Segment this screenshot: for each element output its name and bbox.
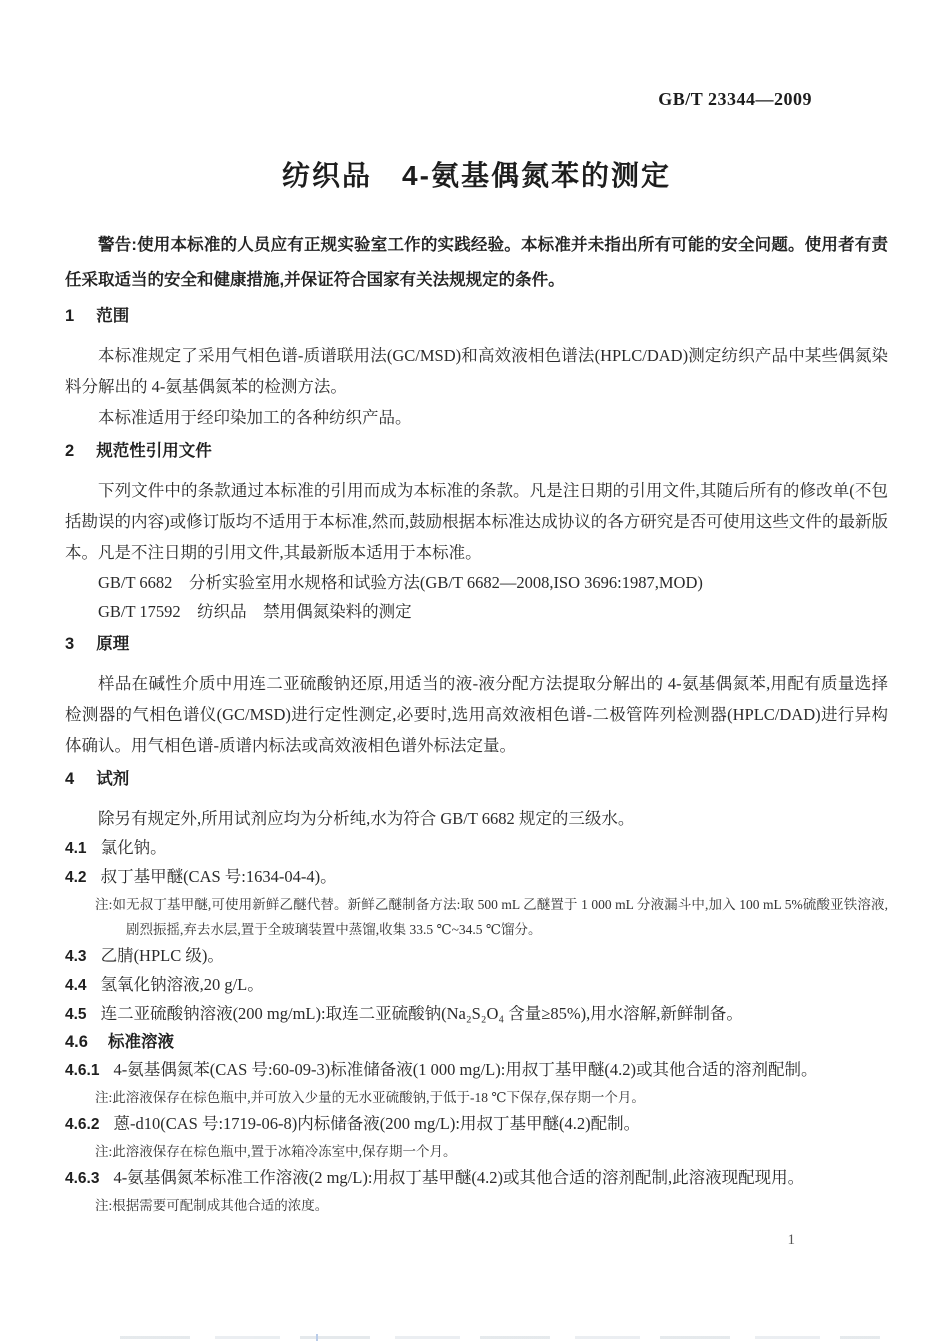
clause-item: 4.3乙腈(HPLC 级)。 (65, 942, 888, 971)
body-paragraph: 本标准适用于经印染加工的各种纺织产品。 (65, 402, 888, 433)
section-title-text: 标准溶液 (108, 1033, 174, 1051)
clause-item: 4.4氢氧化钠溶液,20 g/L。 (65, 971, 888, 1000)
page-content: GB/T 23344—2009 纺织品 4-氨基偶氮苯的测定 警告:使用本标准的… (0, 0, 950, 1250)
section-number: 2 (65, 442, 74, 460)
clause-number: 4.1 (65, 840, 87, 857)
section-number: 3 (65, 635, 74, 653)
body-paragraph: 除另有规定外,所用试剂应均为分析纯,水为符合 GB/T 6682 规定的三级水。 (65, 803, 888, 834)
normative-reference-item: GB/T 6682 分析实验室用水规格和试验方法(GB/T 6682—2008,… (65, 568, 888, 597)
section-heading: 3原理 (65, 632, 888, 656)
clause-number: 4.6.2 (65, 1116, 99, 1133)
note-line: 注:根据需要可配制成其他合适的浓度。 (126, 1193, 888, 1218)
section-title-text: 原理 (96, 635, 129, 653)
clause-text: 氯化钠。 (101, 838, 167, 857)
page-number: 1 (65, 1230, 888, 1250)
scanned-standard-page: GB/T 23344—2009 纺织品 4-氨基偶氮苯的测定 警告:使用本标准的… (0, 0, 950, 1343)
warning-paragraph: 警告:使用本标准的人员应有正规实验室工作的实践经验。本标准并未指出所有可能的安全… (65, 228, 888, 298)
scan-artifact-line (120, 1336, 880, 1339)
clause-item: 4.6.14-氨基偶氮苯(CAS 号:60-09-3)标准储备液(1 000 m… (65, 1056, 888, 1085)
doc-body: 警告:使用本标准的人员应有正规实验室工作的实践经验。本标准并未指出所有可能的安全… (65, 228, 888, 1218)
body-paragraph: 样品在碱性介质中用连二亚硫酸钠还原,用适当的液-液分配方法提取分解出的 4-氨基… (65, 668, 888, 761)
clause-item: 4.6.2蒽-d10(CAS 号:1719-06-8)内标储备液(200 mg/… (65, 1110, 888, 1139)
note-line: 注:此溶液保存在棕色瓶中,并可放入少量的无水亚硫酸钠,于低于-18 ℃下保存,保… (126, 1085, 888, 1110)
clause-text: 4-氨基偶氮苯标准工作溶液(2 mg/L):用叔丁基甲醚(4.2)或其他合适的溶… (113, 1168, 804, 1187)
section-title-text: 规范性引用文件 (96, 442, 212, 460)
clause-item: 4.2叔丁基甲醚(CAS 号:1634-04-4)。 (65, 863, 888, 892)
normative-reference-item: GB/T 17592 纺织品 禁用偶氮染料的测定 (65, 597, 888, 626)
clause-item: 4.1氯化钠。 (65, 834, 888, 863)
clause-text: 连二亚硫酸钠溶液(200 mg/mL):取连二亚硫酸钠(Na₂S₂O₄ 含量≥8… (101, 1004, 743, 1023)
clause-item: 4.6.34-氨基偶氮苯标准工作溶液(2 mg/L):用叔丁基甲醚(4.2)或其… (65, 1164, 888, 1193)
clause-number: 4.3 (65, 948, 87, 965)
clause-text: 蒽-d10(CAS 号:1719-06-8)内标储备液(200 mg/L):用叔… (113, 1114, 640, 1133)
note-line: 注:如无叔丁基甲醚,可使用新鲜乙醚代替。新鲜乙醚制备方法:取 500 mL 乙醚… (126, 892, 888, 942)
section-number: 4 (65, 770, 74, 788)
clause-text: 乙腈(HPLC 级)。 (101, 946, 224, 965)
section-heading: 4试剂 (65, 767, 888, 791)
section-title-text: 范围 (96, 307, 129, 325)
sub-clause-heading: 4.6标准溶液 (65, 1029, 888, 1056)
standard-code: GB/T 23344—2009 (65, 88, 888, 110)
section-title-text: 试剂 (96, 770, 129, 788)
section-heading: 1范围 (65, 304, 888, 328)
clause-text: 4-氨基偶氮苯(CAS 号:60-09-3)标准储备液(1 000 mg/L):… (113, 1060, 817, 1079)
clause-number: 4.6.1 (65, 1062, 99, 1079)
scan-artifact-tick (316, 1334, 318, 1341)
clause-item: 4.5连二亚硫酸钠溶液(200 mg/mL):取连二亚硫酸钠(Na₂S₂O₄ 含… (65, 1000, 888, 1029)
clause-text: 氢氧化钠溶液,20 g/L。 (101, 975, 264, 994)
document-title: 纺织品 4-氨基偶氮苯的测定 (65, 158, 888, 194)
clause-text: 叔丁基甲醚(CAS 号:1634-04-4)。 (101, 867, 337, 886)
body-paragraph: 下列文件中的条款通过本标准的引用而成为本标准的条款。凡是注日期的引用文件,其随后… (65, 475, 888, 568)
clause-number: 4.2 (65, 869, 87, 886)
clause-number: 4.4 (65, 977, 87, 994)
clause-number: 4.5 (65, 1006, 87, 1023)
body-paragraph: 本标准规定了采用气相色谱-质谱联用法(GC/MSD)和高效液相色谱法(HPLC/… (65, 340, 888, 402)
section-number: 4.6 (65, 1033, 88, 1051)
clause-number: 4.6.3 (65, 1170, 99, 1187)
note-line: 注:此溶液保存在棕色瓶中,置于冰箱冷冻室中,保存期一个月。 (126, 1139, 888, 1164)
section-heading: 2规范性引用文件 (65, 439, 888, 463)
section-number: 1 (65, 307, 74, 325)
